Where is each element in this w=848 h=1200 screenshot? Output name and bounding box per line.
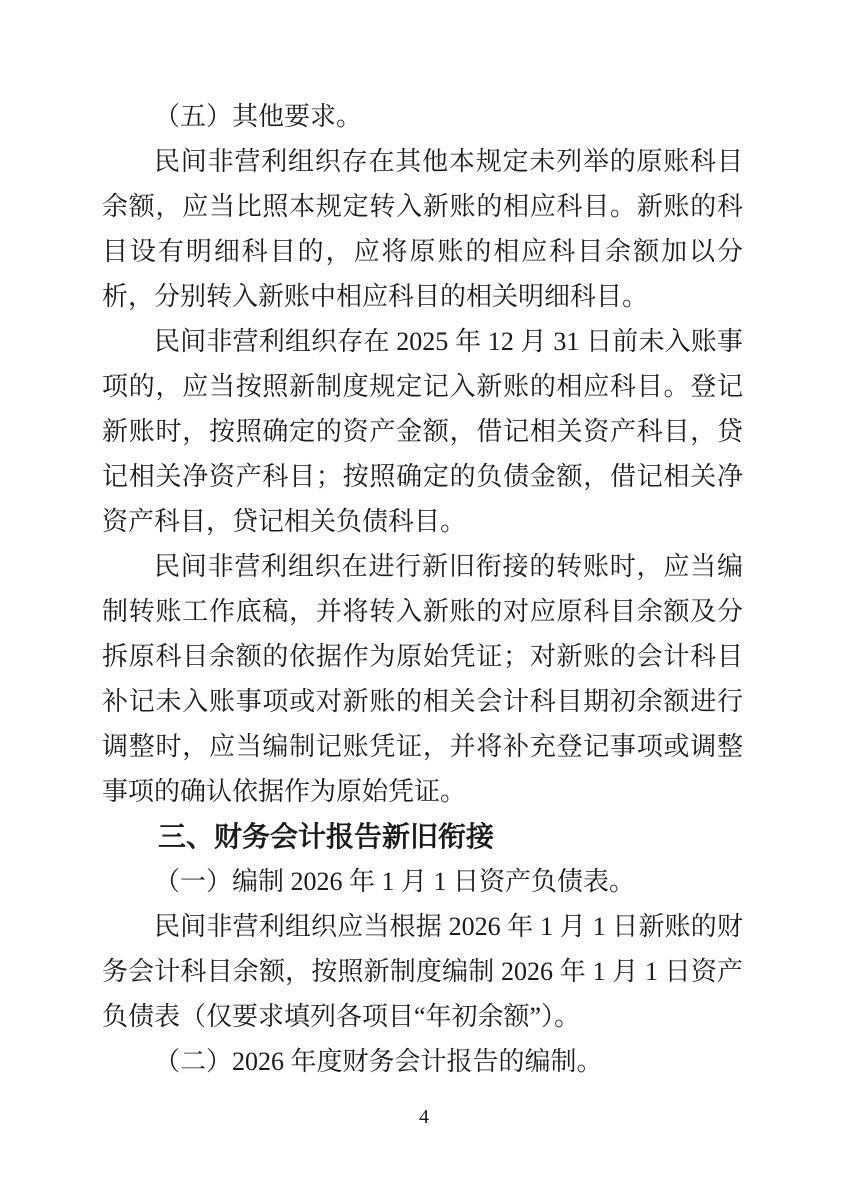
paragraph-balance-sheet-preparation: 民间非营利组织应当根据 2026 年 1 月 1 日新账的财务会计科目余额，按照… [102,904,743,1039]
paragraph-section-5-other-requirements-title: （五）其他要求。 [102,94,743,139]
paragraph-unlisted-original-account-balances: 民间非营利组织存在其他本规定未列举的原账科目余额，应当比照本规定转入新账的相应科… [102,139,743,319]
page-number: 4 [0,1104,848,1130]
paragraph-unrecorded-items-before-2025: 民间非营利组织存在 2025 年 12 月 31 日前未入账事项的，应当按照新制… [102,319,743,544]
paragraph-item-2-annual-report-title: （二）2026 年度财务会计报告的编制。 [102,1039,743,1084]
paragraph-transfer-worksheet-vouchers: 民间非营利组织在进行新旧衔接的转账时，应当编制转账工作底稿，并将转入新账的对应原… [102,544,743,814]
document-page: （五）其他要求。 民间非营利组织存在其他本规定未列举的原账科目余额，应当比照本规… [0,0,848,1200]
heading-section-3-financial-report-transition: 三、财务会计报告新旧衔接 [102,814,743,859]
paragraph-item-1-balance-sheet-title: （一）编制 2026 年 1 月 1 日资产负债表。 [102,859,743,904]
document-content: （五）其他要求。 民间非营利组织存在其他本规定未列举的原账科目余额，应当比照本规… [102,94,743,1084]
